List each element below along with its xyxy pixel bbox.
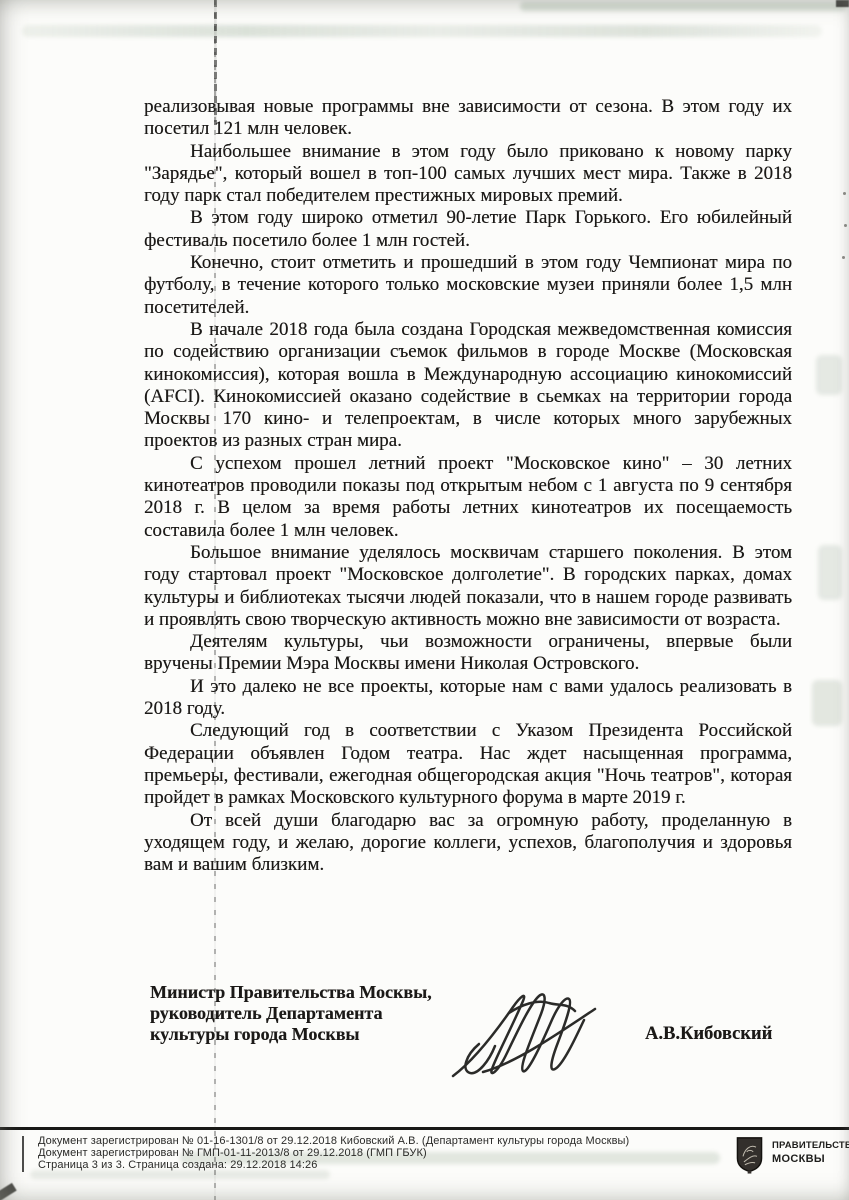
scan-smudge-top-band [22, 25, 822, 37]
registration-line: Документ зарегистрирован № ГМП-01-11-201… [38, 1147, 629, 1159]
scanned-letter-page: реализовывая новые программы вне зависим… [0, 0, 849, 1200]
page-number-line: Страница 3 из 3. Страница создана: 29.12… [38, 1159, 629, 1171]
scan-smudge-right-edge [818, 545, 842, 600]
scan-dot [842, 256, 845, 259]
registration-line: Документ зарегистрирован № 01-16-1301/8 … [38, 1135, 629, 1147]
logo-text-line2: МОСКВЫ [772, 1153, 849, 1166]
signatory-name: А.В.Кибовский [645, 1024, 772, 1045]
signatory-title-line: руководитель Департамента [150, 1003, 432, 1024]
letter-paragraph: С успехом прошел летний проект "Московск… [144, 453, 792, 542]
scan-dot [844, 224, 847, 227]
letter-paragraph: Следующий год в соответствии с Указом Пр… [144, 720, 792, 809]
moscow-coat-of-arms-icon [735, 1136, 764, 1174]
scan-dot [843, 192, 846, 195]
logo-text-line1: ПРАВИТЕЛЬСТВО [772, 1140, 849, 1153]
signatory-title: Министр Правительства Москвы, руководите… [150, 982, 432, 1045]
letter-paragraph: От всей души благодарю вас за огромную р… [144, 810, 792, 877]
letter-paragraph: Большое внимание уделялось москвичам ста… [144, 542, 792, 631]
footer-divider [0, 1127, 849, 1130]
scan-speck-top-right [836, 0, 849, 7]
letter-paragraph: Наибольшее внимание в этом году было при… [144, 141, 792, 208]
scan-smudge-right-edge [812, 680, 842, 726]
scan-smudge-bottom-left [30, 1170, 330, 1179]
logo-text: ПРАВИТЕЛЬСТВО МОСКВЫ [772, 1140, 849, 1165]
registration-footer: Документ зарегистрирован № 01-16-1301/8 … [38, 1135, 629, 1171]
scan-smudge-right-edge [816, 355, 842, 395]
moscow-government-logo: ПРАВИТЕЛЬСТВО МОСКВЫ [735, 1136, 849, 1174]
letter-paragraph: реализовывая новые программы вне зависим… [144, 96, 792, 141]
scan-smudge-top-right [520, 2, 846, 11]
footer-left-border [22, 1136, 24, 1172]
letter-paragraph: В начале 2018 года была создана Городска… [144, 319, 792, 453]
scan-speck-bottom-left [0, 1183, 17, 1200]
letter-paragraph: Деятелям культуры, чьи возможности огран… [144, 631, 792, 676]
letter-paragraph: Конечно, стоит отметить и прошедший в эт… [144, 252, 792, 319]
handwritten-signature-icon [448, 983, 600, 1083]
signatory-title-line: Министр Правительства Москвы, [150, 982, 432, 1003]
letter-paragraph: В этом году широко отметил 90-летие Парк… [144, 207, 792, 252]
signatory-title-line: культуры города Москвы [150, 1024, 432, 1045]
letter-body: реализовывая новые программы вне зависим… [144, 96, 792, 876]
letter-paragraph: И это далеко не все проекты, которые нам… [144, 676, 792, 721]
